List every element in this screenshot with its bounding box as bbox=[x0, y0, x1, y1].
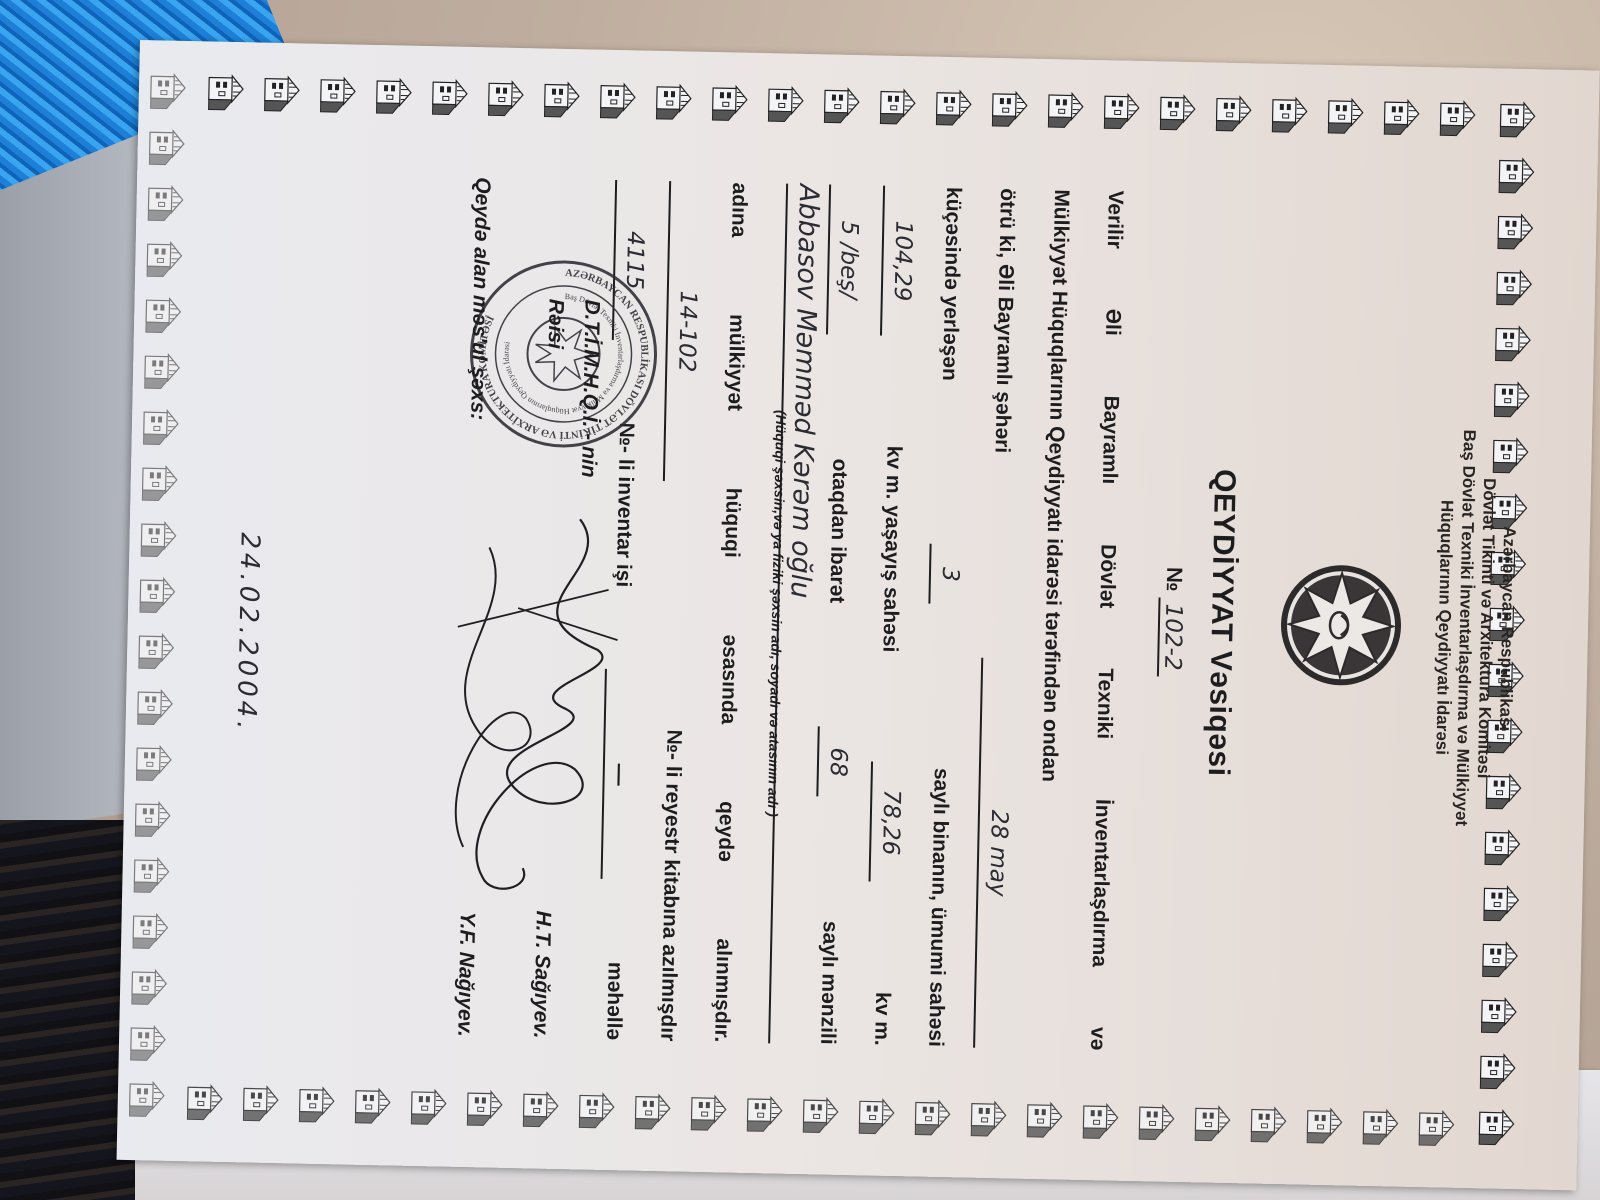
body-text: saylı mənzili bbox=[800, 920, 857, 1045]
house-icon bbox=[111, 1078, 168, 1135]
house-icon bbox=[953, 1097, 1010, 1154]
house-icon bbox=[617, 1090, 674, 1147]
living-area-value: 78,26 bbox=[877, 789, 904, 855]
street-value: 28 may bbox=[984, 810, 1012, 897]
house-border-left bbox=[198, 71, 1479, 154]
house-icon bbox=[129, 238, 186, 295]
head-title: Rəisi bbox=[537, 178, 577, 349]
certificate-document: Azərbaycan Respublikası Dövlət Tikinti v… bbox=[107, 60, 1549, 1170]
house-icon bbox=[785, 1094, 842, 1151]
body-word: və bbox=[1070, 1026, 1124, 1050]
house-icon bbox=[132, 70, 189, 127]
body-word: Bayramlı bbox=[1082, 395, 1138, 485]
house-icon bbox=[526, 78, 583, 135]
registrar-name: Y.F. Nağıyev. bbox=[446, 911, 485, 1037]
house-icon bbox=[128, 294, 185, 351]
registry-number-field: 14-102 bbox=[663, 181, 700, 482]
house-icon bbox=[582, 79, 639, 136]
house-icon bbox=[1030, 89, 1087, 146]
house-icon bbox=[1086, 90, 1143, 147]
body-word: Dövlət bbox=[1079, 544, 1134, 609]
house-icon bbox=[694, 82, 751, 139]
house-icon bbox=[122, 574, 179, 631]
house-icon bbox=[1345, 1105, 1402, 1162]
house-icon bbox=[225, 1082, 282, 1139]
street-field: 28 may bbox=[973, 658, 1012, 1049]
house-icon bbox=[414, 76, 471, 133]
number-label: № bbox=[1162, 567, 1188, 592]
body-word: İnventarlaşdırma bbox=[1072, 798, 1130, 967]
house-icon bbox=[470, 77, 527, 134]
house-icon bbox=[449, 1087, 506, 1144]
house-icon bbox=[131, 126, 188, 183]
registration-certificate-paper: Azərbaycan Respublikası Dövlət Tikinti v… bbox=[117, 40, 1600, 1190]
house-icon bbox=[115, 910, 172, 967]
rooms-field: 5 /beş/ bbox=[826, 184, 860, 335]
handwritten-signature-icon bbox=[422, 486, 641, 920]
apartment-number-field: 68 bbox=[816, 727, 848, 798]
registry-number-value: 14-102 bbox=[673, 291, 701, 373]
number-value: 102-2 bbox=[1157, 597, 1187, 676]
house-icon bbox=[118, 742, 175, 799]
body-word: qeydə bbox=[698, 801, 753, 863]
body-word: Texniki bbox=[1077, 668, 1132, 740]
house-icon bbox=[841, 1095, 898, 1152]
house-icon bbox=[125, 406, 182, 463]
organization-abbr: D.T.İ.M.H.Q.İ. - nin bbox=[570, 179, 612, 478]
body-text: №- li reyestr kitabına azılmışdır bbox=[640, 729, 701, 1042]
house-icon bbox=[112, 1022, 169, 1079]
house-icon bbox=[302, 73, 359, 130]
house-icon bbox=[123, 518, 180, 575]
house-icon bbox=[1366, 96, 1423, 153]
body-word: əsasında bbox=[701, 634, 757, 725]
building-number-value: 3 bbox=[937, 567, 963, 582]
house-icon bbox=[673, 1091, 730, 1148]
house-icon bbox=[897, 1096, 954, 1153]
body-word: adına bbox=[711, 182, 766, 238]
registrar-title: Qeydə alan məs'ul şəxs: bbox=[459, 177, 500, 421]
house-icon bbox=[117, 798, 174, 855]
body-word: mülkiyyət bbox=[707, 314, 763, 412]
house-icon bbox=[1009, 1098, 1066, 1155]
building-number-field: 3 bbox=[928, 544, 960, 605]
rooms-value: 5 /beş/ bbox=[835, 221, 863, 300]
house-icon bbox=[337, 1084, 394, 1141]
body-word: alınmışdır. bbox=[694, 938, 750, 1043]
house-icon bbox=[190, 71, 247, 128]
body-word: Verilir bbox=[1087, 190, 1142, 250]
house-icon bbox=[638, 80, 695, 137]
total-area-field: 104,29 bbox=[880, 186, 914, 337]
house-icon bbox=[393, 1086, 450, 1143]
body-text: ötrü ki, Əli Bayramlı şəhəri bbox=[975, 188, 1035, 454]
head-name: H.T. Sağıyev. bbox=[522, 910, 561, 1039]
house-icon bbox=[126, 350, 183, 407]
house-icon bbox=[1254, 93, 1311, 150]
house-icon bbox=[120, 630, 177, 687]
house-icon bbox=[505, 1088, 562, 1145]
body-word: hüquqi bbox=[704, 487, 759, 558]
house-icon bbox=[246, 72, 303, 129]
certificate-number: № 102-2 bbox=[1149, 82, 1198, 1162]
house-icon bbox=[116, 854, 173, 911]
house-icon bbox=[806, 84, 863, 141]
body-text: saylı binanın, ümumi sahəsi bbox=[908, 767, 968, 1047]
body-text: kv m. yaşayış sahəsi bbox=[862, 445, 920, 653]
house-icon bbox=[124, 462, 181, 519]
house-icon bbox=[974, 88, 1031, 145]
house-icon bbox=[1065, 1100, 1122, 1157]
house-icon bbox=[130, 182, 187, 239]
apartment-number-value: 68 bbox=[825, 747, 852, 777]
total-area-value: 104,29 bbox=[889, 221, 917, 302]
issue-date: 24.02.2004. bbox=[231, 532, 265, 734]
state-emblem-icon bbox=[1278, 562, 1405, 689]
house-icon bbox=[750, 83, 807, 140]
body-word: Əli bbox=[1085, 308, 1140, 336]
house-icon bbox=[169, 1081, 226, 1138]
living-area-field: 78,26 bbox=[869, 762, 903, 883]
house-icon bbox=[918, 86, 975, 143]
house-icon bbox=[281, 1083, 338, 1140]
house-border-right bbox=[177, 1081, 1458, 1164]
house-icon bbox=[1310, 95, 1367, 152]
body-text: küçəsində yerləşən bbox=[922, 186, 980, 381]
body-text: kv m. bbox=[854, 991, 909, 1046]
house-icon bbox=[119, 686, 176, 743]
house-icon bbox=[113, 966, 170, 1023]
certificate-body: VerilirƏliBayramlıDövlətTexnikiİnventarl… bbox=[586, 180, 1142, 1051]
house-icon bbox=[1289, 1104, 1346, 1161]
house-icon bbox=[1233, 1103, 1290, 1160]
house-icon bbox=[561, 1089, 618, 1146]
certificate-title: QEYDİYYAT Vəsiqəsi bbox=[1193, 83, 1250, 1163]
house-icon bbox=[862, 85, 919, 142]
house-icon bbox=[729, 1093, 786, 1150]
house-icon bbox=[358, 75, 415, 132]
